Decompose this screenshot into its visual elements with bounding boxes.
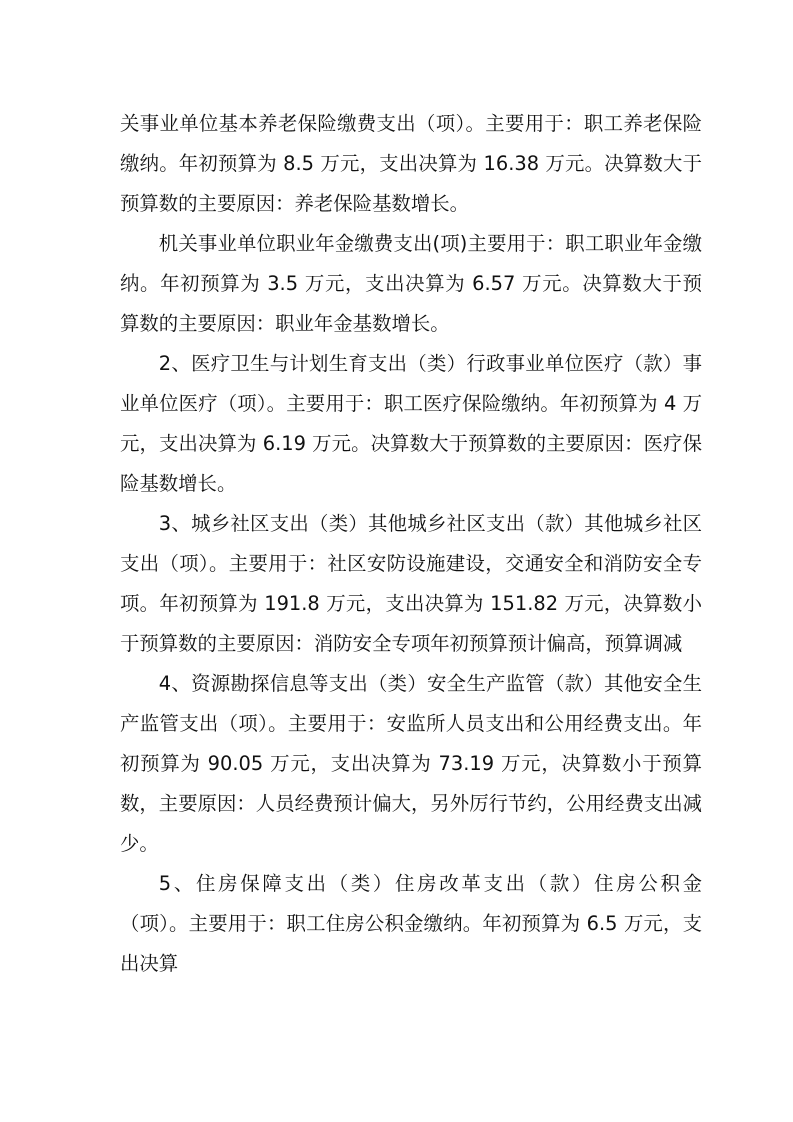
paragraph-urban-rural-community: 3、城乡社区支出（类）其他城乡社区支出（款）其他城乡社区支出（项）。主要用于：社… [120,504,702,664]
paragraph-safety-supervision: 4、资源勘探信息等支出（类）安全生产监管（款）其他安全生产监管支出（项）。主要用… [120,664,702,864]
paragraph-occupational-annuity: 机关事业单位职业年金缴费支出(项)主要用于：职工职业年金缴纳。年初预算为 3.5… [120,224,702,344]
paragraph-housing-security: 5、住房保障支出（类）住房改革支出（款）住房公积金（项）。主要用于：职工住房公积… [120,864,702,984]
document-page: 关事业单位基本养老保险缴费支出（项）。主要用于：职工养老保险缴纳。年初预算为 8… [120,104,702,984]
paragraph-medical-health: 2、医疗卫生与计划生育支出（类）行政事业单位医疗（款）事业单位医疗（项）。主要用… [120,344,702,504]
paragraph-pension-insurance: 关事业单位基本养老保险缴费支出（项）。主要用于：职工养老保险缴纳。年初预算为 8… [120,104,702,224]
